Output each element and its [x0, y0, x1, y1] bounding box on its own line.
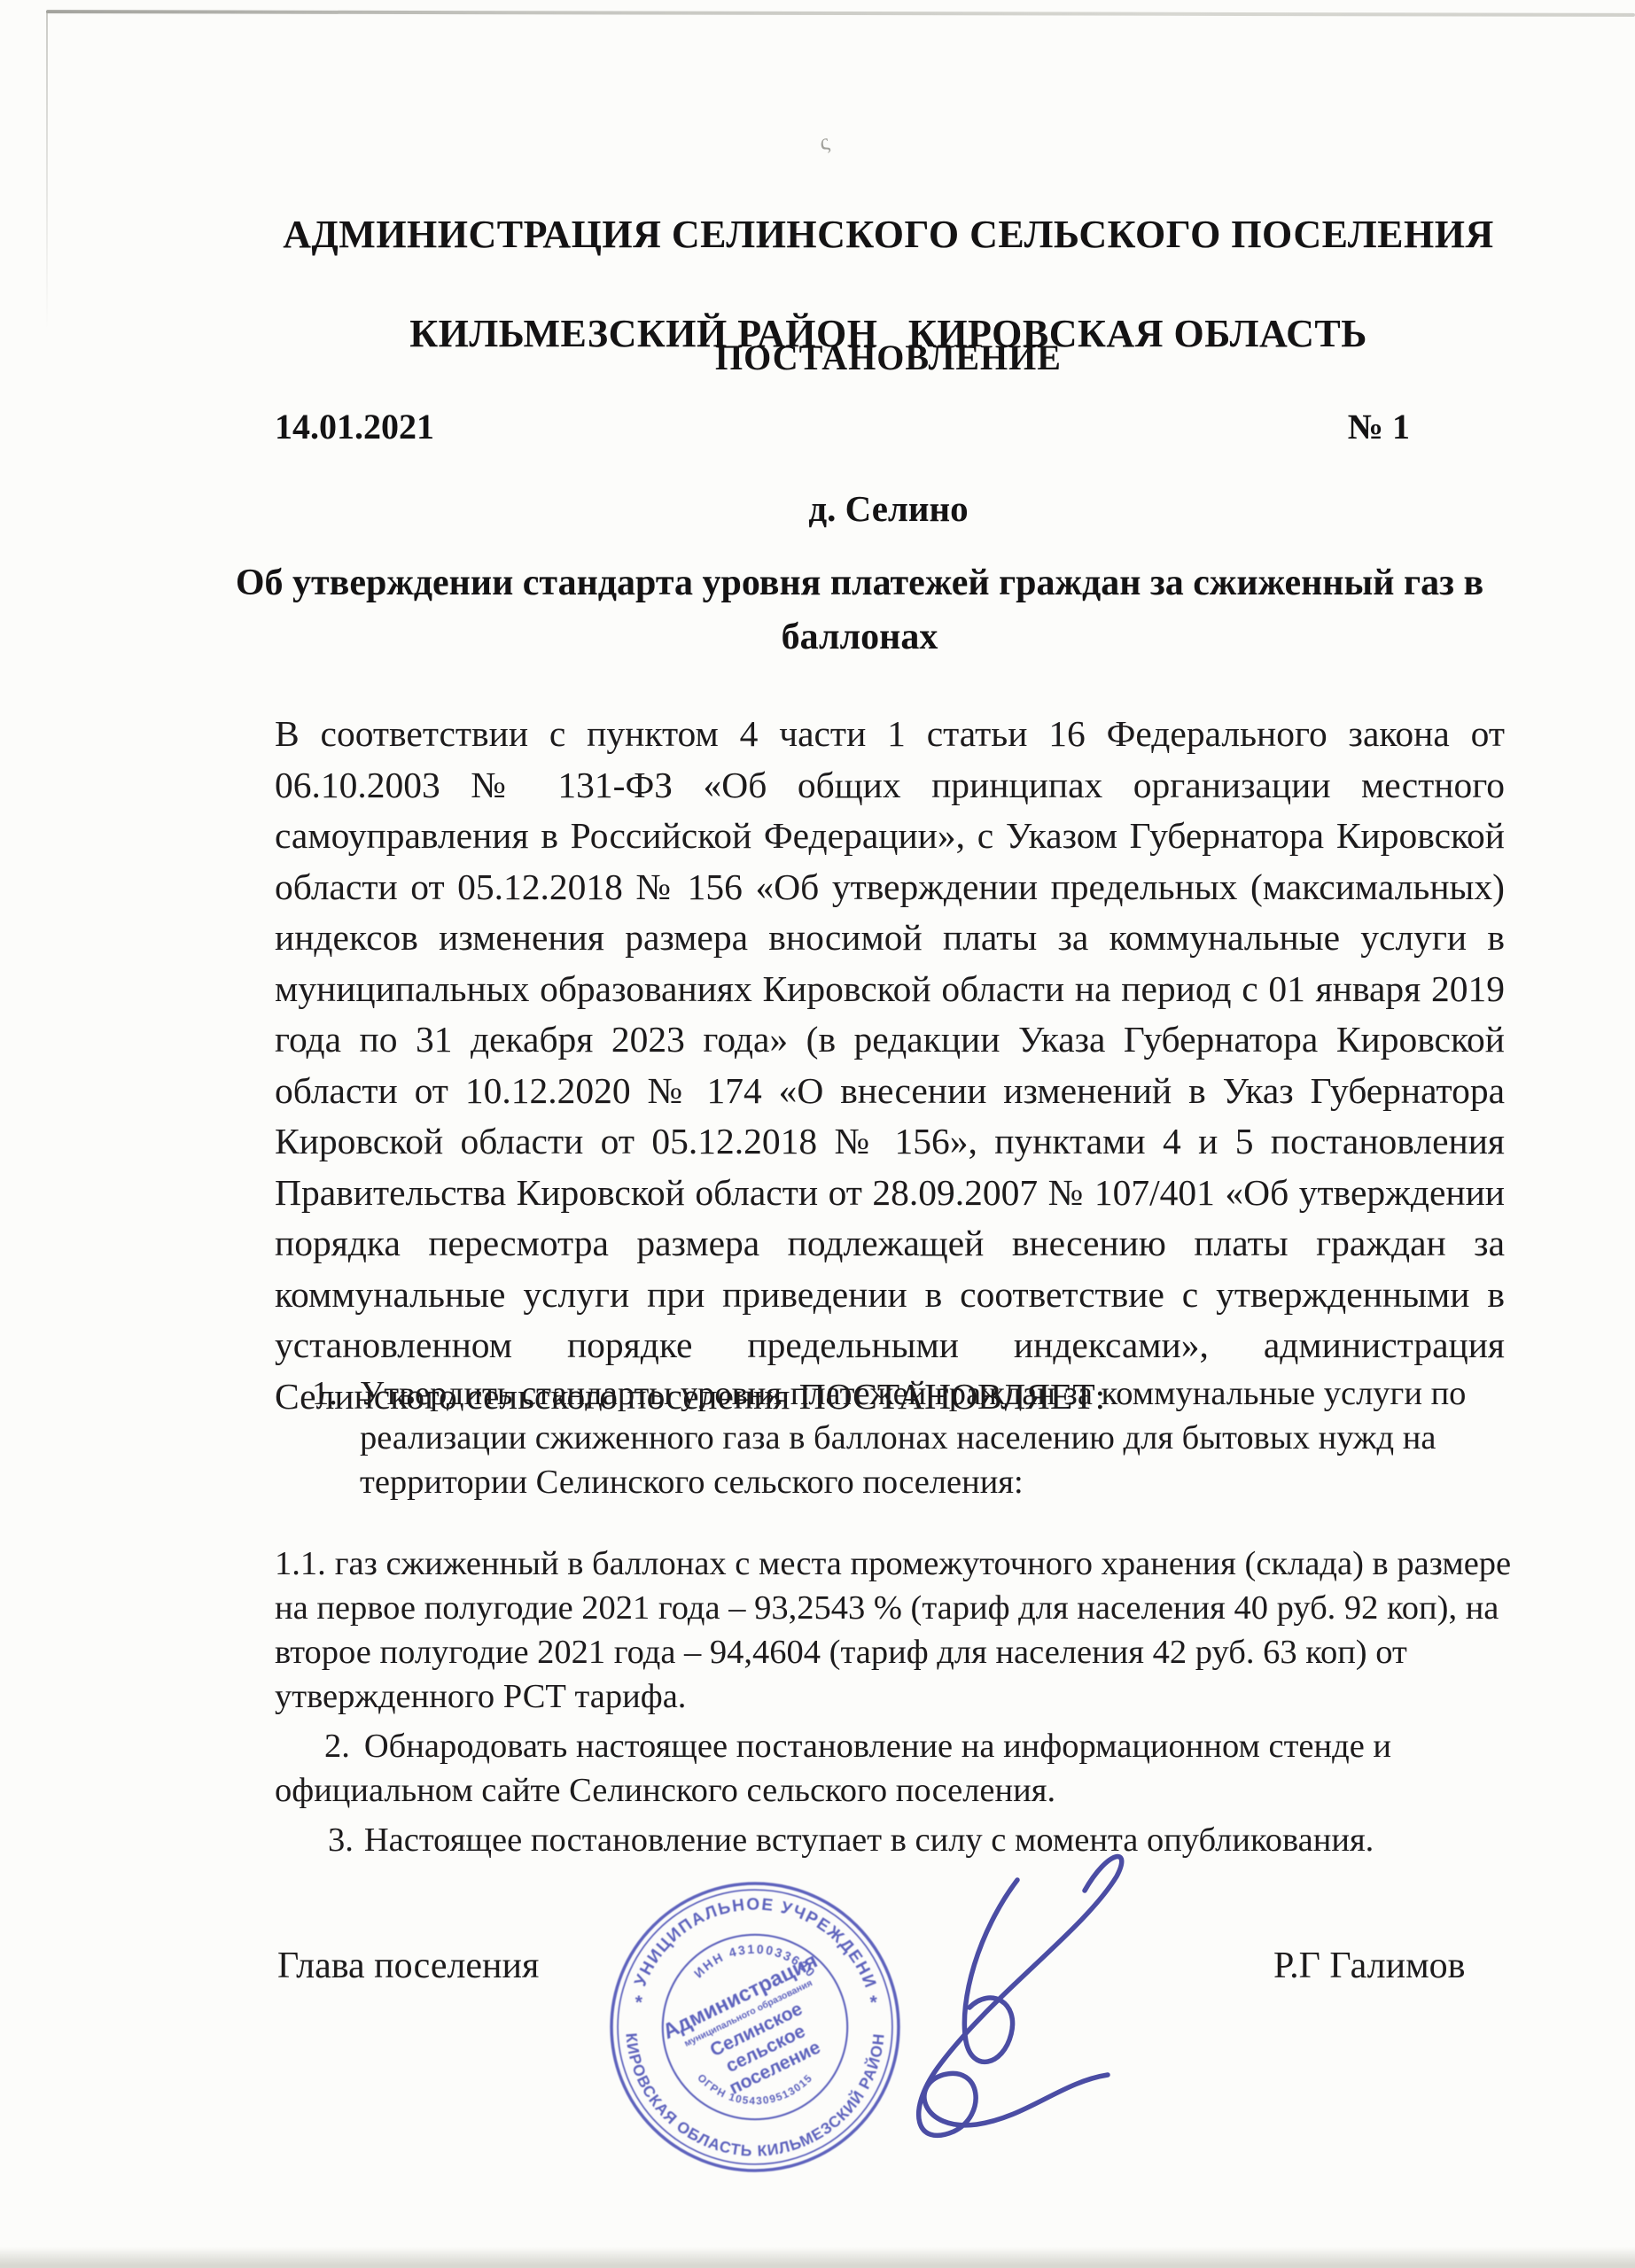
doc-number: № 1 [1348, 406, 1502, 447]
item-number: 1. [312, 1371, 360, 1504]
item-number: 1.1. [275, 1545, 326, 1582]
scan-edge-top [46, 10, 1635, 17]
org-name-line1: АДМИНИСТРАЦИЯ СЕЛИНСКОГО СЕЛЬСКОГО ПОСЕЛ… [283, 213, 1493, 256]
signature-stroke-loop [964, 1880, 1017, 2062]
signature-stroke-main [919, 1857, 1122, 2136]
scan-edge-bottom [0, 2247, 1635, 2268]
signature-name: Р.Г Галимов [1273, 1945, 1465, 1987]
item-number: 3. [328, 1821, 354, 1859]
ink-signature [833, 1825, 1187, 2162]
stamp-center-text: Администрация муниципального образования… [659, 1949, 855, 2115]
item-text: газ сжиженный в баллонах с места промежу… [275, 1545, 1511, 1715]
stamp-star-left: * [635, 1992, 643, 2013]
list-item-1: 1. Утвердить стандарты уровня платежей г… [312, 1371, 1491, 1504]
doc-date: 14.01.2021 [275, 406, 434, 447]
list-item-2: 2.Обнародовать настоящее постановление н… [275, 1724, 1512, 1813]
doc-meta-row: 14.01.2021 № 1 [275, 406, 1502, 447]
document-page: ς АДМИНИСТРАЦИЯ СЕЛИНСКОГО СЕЛЬСКОГО ПОС… [0, 0, 1635, 2268]
list-item-1-1: 1.1.газ сжиженный в баллонах с места про… [275, 1542, 1515, 1719]
item-text: Обнародовать настоящее постановление на … [275, 1728, 1391, 1809]
scan-edge-left [46, 12, 48, 330]
doc-place: д. Селино [275, 487, 1502, 530]
scan-speck: ς [817, 128, 832, 157]
preamble-paragraph: В соответствии с пунктом 4 части 1 стать… [275, 709, 1505, 1422]
signature-title: Глава поселения [277, 1945, 539, 1987]
doc-type-title: ПОСТАНОВЛЕНИЕ [275, 337, 1502, 378]
doc-subject: Об утверждении стандарта уровня платежей… [213, 556, 1507, 664]
item-number: 2. [324, 1728, 350, 1765]
item-text: Утвердить стандарты уровня платежей граж… [360, 1371, 1491, 1504]
